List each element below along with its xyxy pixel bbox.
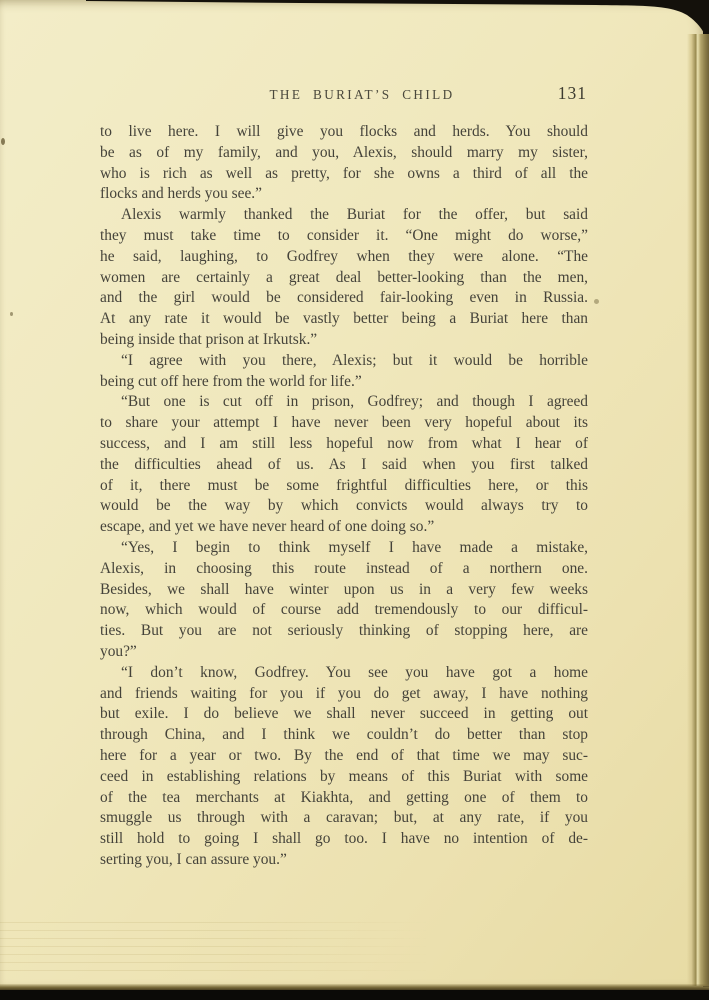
paper-speck xyxy=(594,299,599,304)
text-line: of the tea merchants at Kiakhta, and get… xyxy=(100,788,588,809)
text-line: Besides, we shall have winter upon us in… xyxy=(100,580,588,601)
scan-background: THE BURIAT’S CHILD 131 to live here. I w… xyxy=(0,0,709,1000)
text-line: to live here. I will give you flocks and… xyxy=(100,122,588,143)
text-line: serting you, I can assure you.” xyxy=(100,850,588,871)
text-line: now, which would of course add tremendou… xyxy=(100,600,588,621)
page-stack-streaks xyxy=(0,922,430,974)
text-line: “I agree with you there, Alexis; but it … xyxy=(100,351,588,372)
text-line: but exile. I do believe we shall never s… xyxy=(100,704,588,725)
text-line: through China, and I think we couldn’t d… xyxy=(100,725,588,746)
paper-speck xyxy=(1,138,5,145)
text-line: escape, and yet we have never heard of o… xyxy=(100,517,588,538)
text-line: being inside that prison at Irkutsk.” xyxy=(100,330,588,351)
text-line: here for a year or two. By the end of th… xyxy=(100,746,588,767)
paragraph: “I agree with you there, Alexis; but it … xyxy=(100,351,588,393)
text-line: At any rate it would be vastly better be… xyxy=(100,309,588,330)
page-stack-edge-right xyxy=(687,34,709,986)
text-line: be as of my family, and you, Alexis, sho… xyxy=(100,143,588,164)
text-line: success, and I am still less hopeful now… xyxy=(100,434,588,455)
text-line: to share your attempt I have never been … xyxy=(100,413,588,434)
paragraph: “I don’t know, Godfrey. You see you have… xyxy=(100,663,588,871)
text-line: would be the way by which convicts would… xyxy=(100,496,588,517)
text-line: being cut off here from the world for li… xyxy=(100,372,588,393)
text-line: and friends waiting for you if you do ge… xyxy=(100,684,588,705)
text-line: flocks and herds you see.” xyxy=(100,184,588,205)
text-line: still hold to going I shall go too. I ha… xyxy=(100,829,588,850)
text-line: ceed in establishing relations by means … xyxy=(100,767,588,788)
text-line: who is rich as well as pretty, for she o… xyxy=(100,164,588,185)
text-line: he said, laughing, to Godfrey when they … xyxy=(100,247,588,268)
book-page: THE BURIAT’S CHILD 131 to live here. I w… xyxy=(0,0,703,990)
paper-speck xyxy=(10,312,13,316)
page-text: to live here. I will give you flocks and… xyxy=(100,122,588,871)
text-line: ties. But you are not seriously thinking… xyxy=(100,621,588,642)
text-line: Alexis warmly thanked the Buriat for the… xyxy=(100,205,588,226)
text-line: you?” xyxy=(100,642,588,663)
paragraph: “But one is cut off in prison, Godfrey; … xyxy=(100,392,588,538)
text-line: of it, there must be some frightful diff… xyxy=(100,476,588,497)
text-line: and the girl would be considered fair-lo… xyxy=(100,288,588,309)
text-line: the difficulties ahead of us. As I said … xyxy=(100,455,588,476)
running-head: THE BURIAT’S CHILD 131 xyxy=(100,83,588,105)
paragraph: “Yes, I begin to think myself I have mad… xyxy=(100,538,588,663)
scan-bottom-band xyxy=(0,990,709,1000)
page-title: THE BURIAT’S CHILD xyxy=(269,87,454,103)
text-line: women are certainly a great deal better-… xyxy=(100,268,588,289)
text-line: “But one is cut off in prison, Godfrey; … xyxy=(100,392,588,413)
text-line: Alexis, in choosing this route instead o… xyxy=(100,559,588,580)
text-line: “Yes, I begin to think myself I have mad… xyxy=(100,538,588,559)
paragraph: to live here. I will give you flocks and… xyxy=(100,122,588,205)
page-number: 131 xyxy=(558,83,587,104)
text-line: smuggle us through with a caravan; but, … xyxy=(100,808,588,829)
paragraph: Alexis warmly thanked the Buriat for the… xyxy=(100,205,588,351)
text-line: they must take time to consider it. “One… xyxy=(100,226,588,247)
text-line: “I don’t know, Godfrey. You see you have… xyxy=(100,663,588,684)
